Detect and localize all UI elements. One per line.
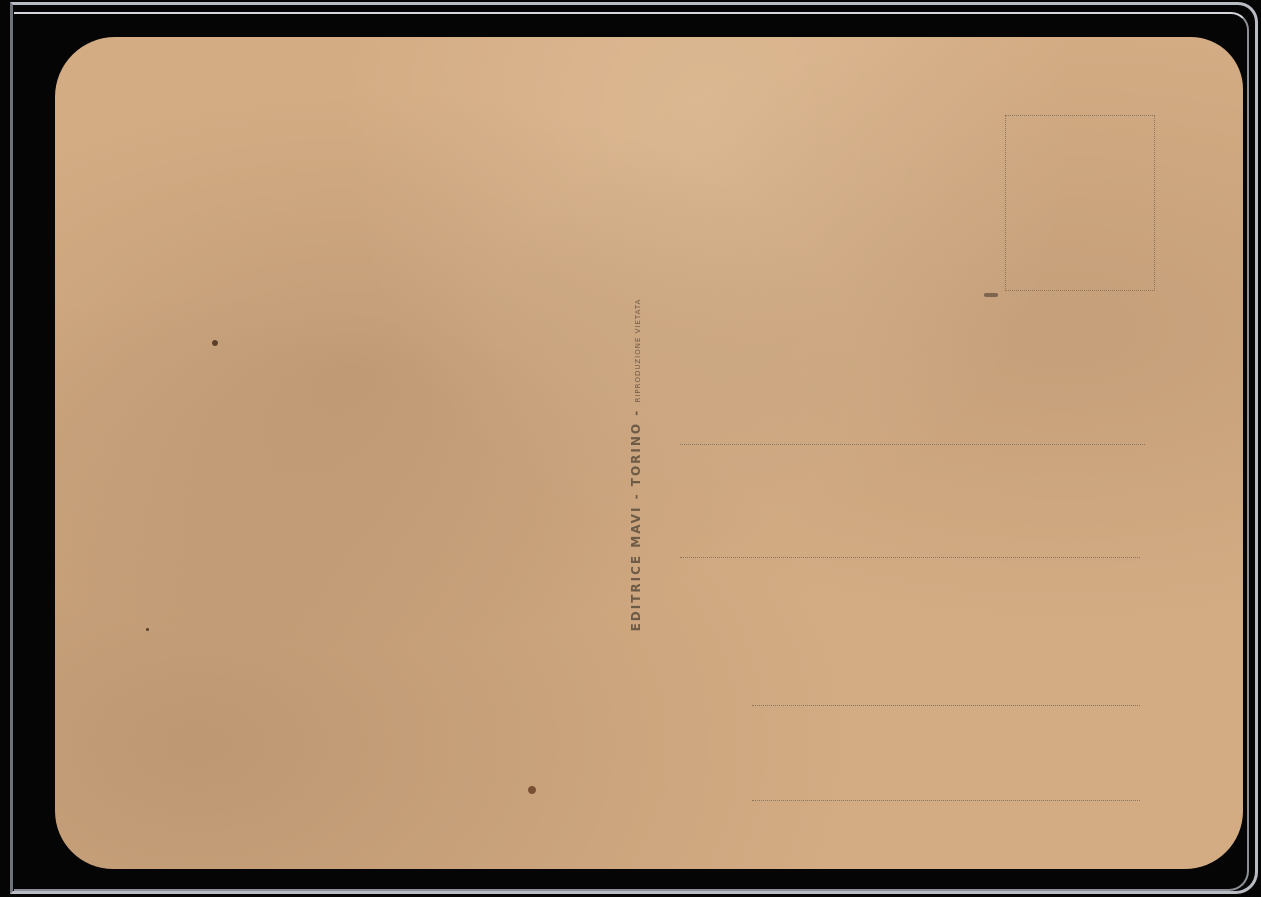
foxing-spot [212, 340, 218, 346]
stamp-box [1005, 115, 1155, 291]
address-line-2 [680, 557, 1140, 558]
imprint-small: RIPRODUZIONE VIETATA [634, 299, 642, 403]
foxing-spot [984, 293, 998, 297]
address-line-3 [752, 705, 1140, 706]
publisher-imprint: EDITRICE MAVI - TORINO - RIPRODUZIONE VI… [629, 299, 643, 632]
address-line-4 [752, 800, 1140, 801]
foxing-spot [528, 786, 536, 794]
foxing-spot [146, 628, 149, 631]
imprint-main: EDITRICE MAVI - TORINO - [629, 409, 643, 632]
address-line-1 [680, 444, 1145, 445]
